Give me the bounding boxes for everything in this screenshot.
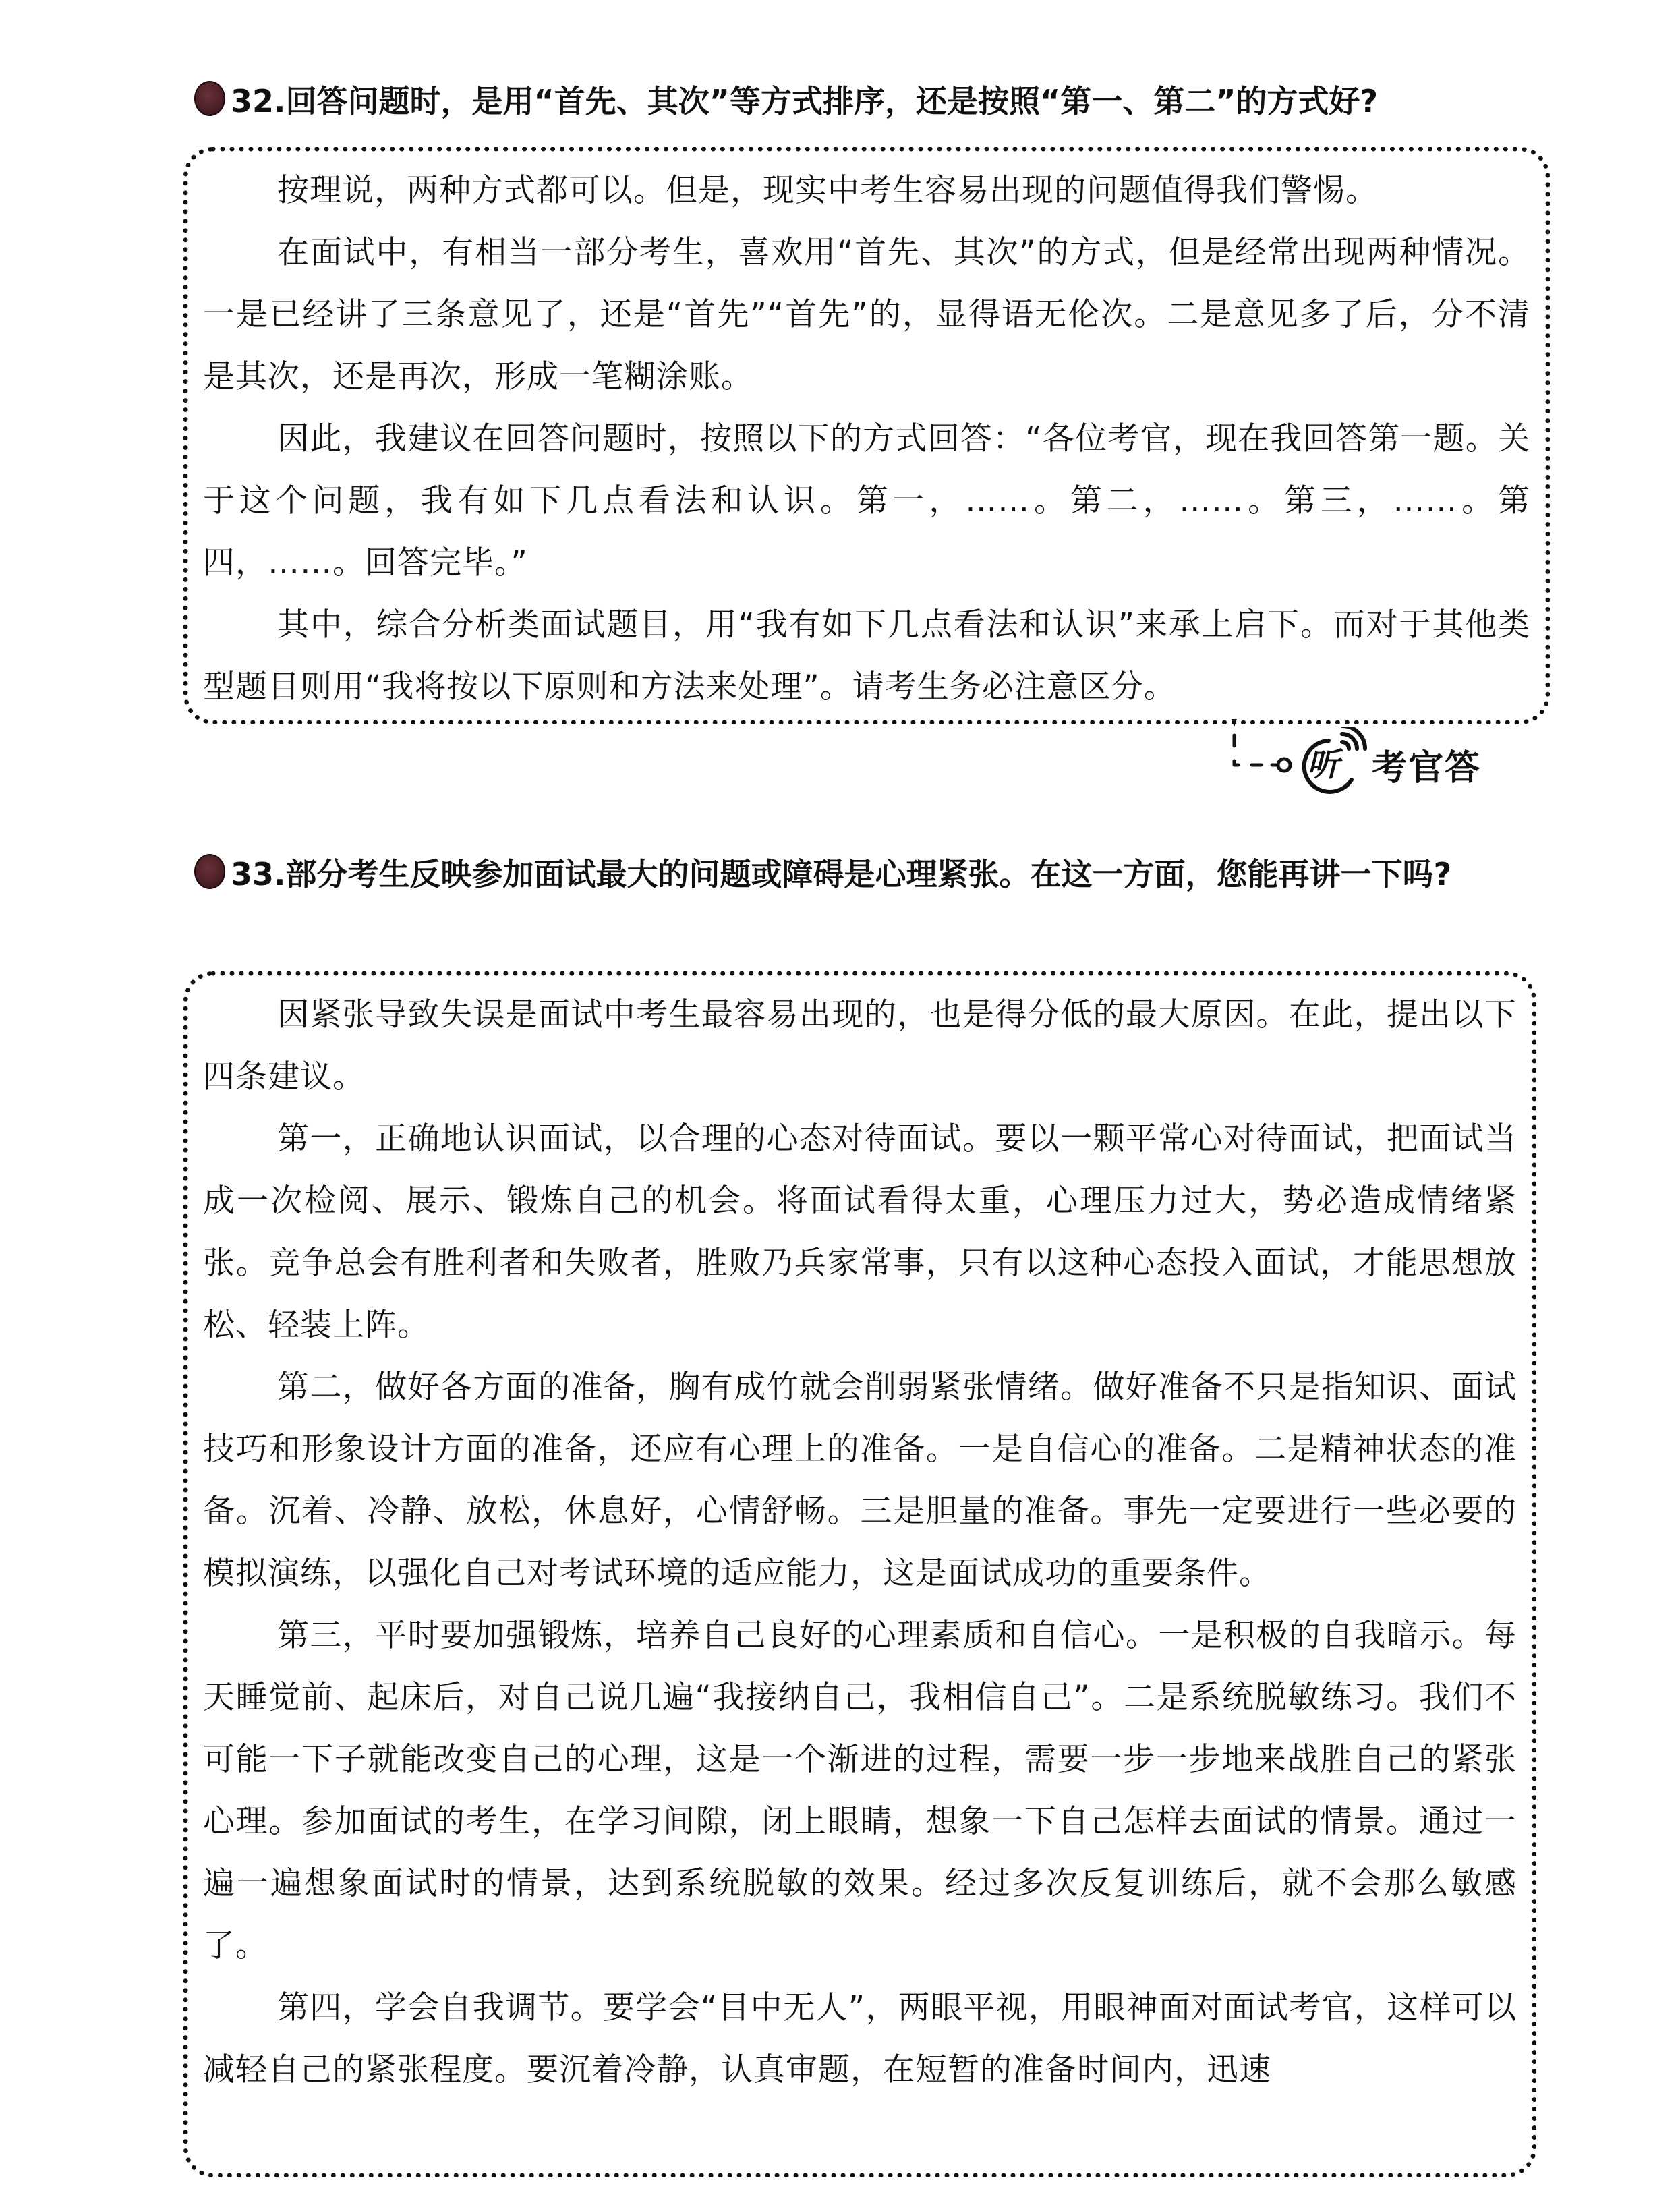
answer-paragraph: 按理说，两种方式都可以。但是，现实中考生容易出现的问题值得我们警惕。 (203, 160, 1530, 222)
examiner-answer-label: 考官答 (1372, 739, 1481, 790)
answer-box-33: 因紧张导致失误是面试中考生最容易出现的，也是得分低的最大原因。在此，提出以下四条… (183, 971, 1536, 2177)
answer-paragraph: 因紧张导致失误是面试中考生最容易出现的，也是得分低的最大原因。在此，提出以下四条… (203, 984, 1517, 1108)
bullet-icon (194, 854, 225, 889)
question-33-heading: 33.部分考生反映参加面试最大的问题或障碍是心理紧张。在这一方面，您能再讲一下吗… (194, 843, 1550, 905)
answer-paragraph: 因此，我建议在回答问题时，按照以下的方式回答：“各位考官，现在我回答第一题。关于… (203, 408, 1530, 594)
listen-examiner-answer-button[interactable]: 听 考官答 (1294, 727, 1481, 801)
bullet-icon (194, 81, 225, 116)
listen-char: 听 (1307, 747, 1339, 782)
answer-paragraph: 第一，正确地认识面试，以合理的心态对待面试。要以一颗平常心对待面试，把面试当成一… (203, 1108, 1517, 1356)
question-title: 回答问题时，是用“首先、其次”等方式排序，还是按照“第一、第二”的方式好? (286, 83, 1379, 119)
question-title: 部分考生反映参加面试最大的问题或障碍是心理紧张。在这一方面，您能再讲一下吗? (286, 856, 1452, 892)
answer-paragraph: 第四，学会自我调节。要学会“目中无人”，两眼平视，用眼神面对面试考官，这样可以减… (203, 1977, 1517, 2101)
answer-paragraph: 第三，平时要加强锻炼，培养自己良好的心理素质和自信心。一是积极的自我暗示。每天睡… (203, 1605, 1517, 1977)
listen-audio-icon: 听 (1294, 727, 1368, 801)
question-32-heading: 32.回答问题时，是用“首先、其次”等方式排序，还是按照“第一、第二”的方式好? (194, 70, 1550, 132)
answer-paragraph: 其中，综合分析类面试题目，用“我有如下几点看法和认识”来承上启下。而对于其他类型… (203, 594, 1530, 718)
answer-paragraph: 第二，做好各方面的准备，胸有成竹就会削弱紧张情绪。做好准备不只是指知识、面试技巧… (203, 1356, 1517, 1605)
question-number: 33. (231, 856, 286, 892)
answer-paragraph: 在面试中，有相当一部分考生，喜欢用“首先、其次”的方式，但是经常出现两种情况。一… (203, 222, 1530, 408)
answer-box-32: 按理说，两种方式都可以。但是，现实中考生容易出现的问题值得我们警惕。 在面试中，… (183, 147, 1550, 724)
connector-line-icon (1222, 716, 1303, 791)
question-number: 32. (231, 83, 286, 119)
